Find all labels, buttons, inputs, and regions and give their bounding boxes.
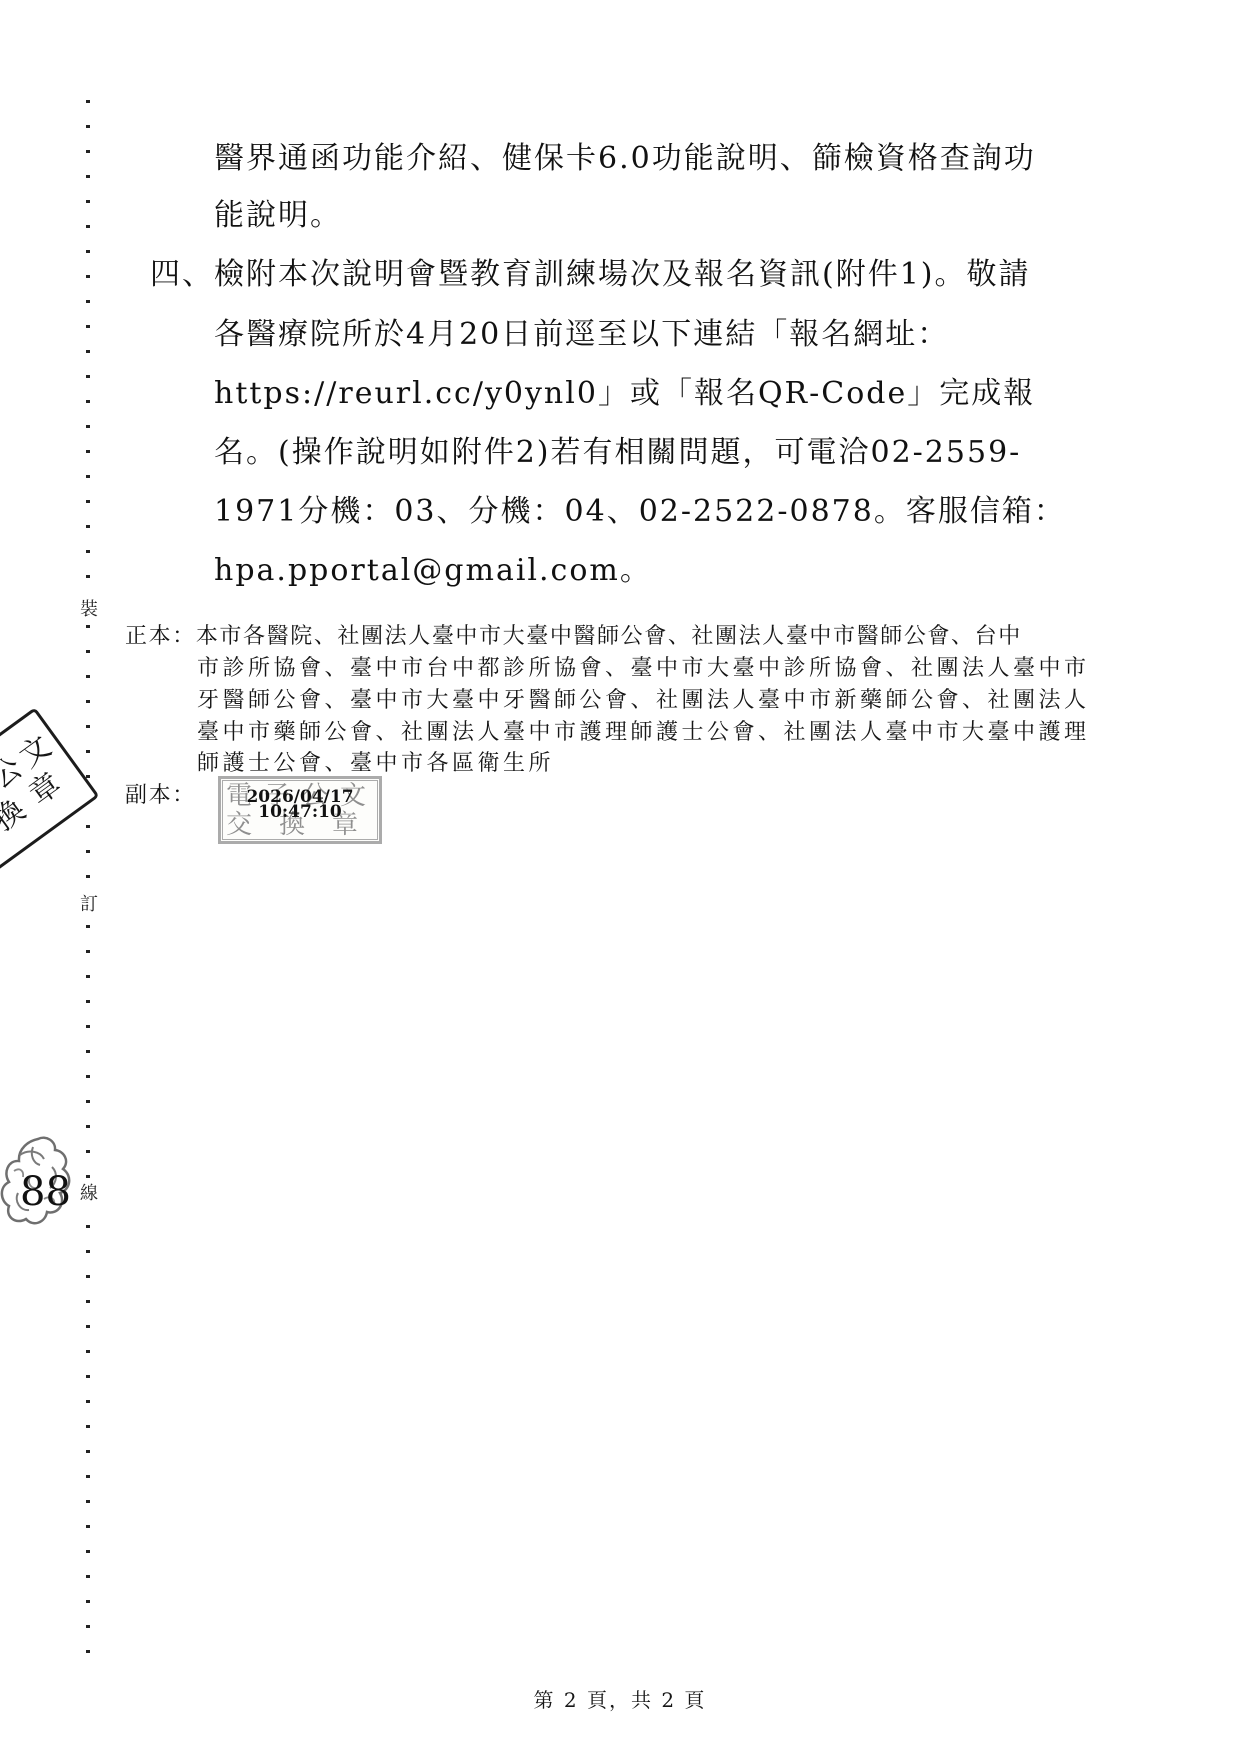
page-number-footer: 第 2 頁，共 2 頁 <box>0 1684 1240 1713</box>
primary-recipients-line-4: 臺中市藥師公會、社團法人臺中市護理師護士公會、社團法人臺中市大臺中護理 <box>197 719 1090 747</box>
primary-recipients-line-1: 正本：本市各醫院、社團法人臺中市大臺中醫師公會、社團法人臺中市醫師公會、台中 <box>125 623 1022 651</box>
primary-recipients-line-2: 市診所協會、臺中市台中都診所協會、臺中市大臺中診所協會、社團法人臺中市 <box>197 655 1090 683</box>
margin-mark-zhuang: 裝 <box>78 600 100 620</box>
body-line-8-email: hpa.pportal@gmail.com。 <box>214 553 652 589</box>
primary-recipients-label: 正本： <box>125 624 196 649</box>
corner-seal-88: 88 <box>0 1133 82 1255</box>
item-four-text: 檢附本次說明會暨教育訓練場次及報名資訊(附件1)。敬請 <box>214 257 1031 292</box>
binding-dotted-line <box>86 100 90 1670</box>
exchange-datetime-stamp: 電子公文 交換章 2026/04/17 10:47:10 <box>218 776 382 844</box>
primary-recipients-line-5: 師護士公會、臺中市各區衛生所 <box>197 750 554 778</box>
exchange-stamp-time: 10:47:10 <box>258 804 342 821</box>
body-line-3: 四、檢附本次說明會暨教育訓練場次及報名資訊(附件1)。敬請 <box>150 257 1031 293</box>
body-line-1: 醫界通函功能介紹、健保卡6.0功能說明、篩檢資格查詢功 <box>214 141 1036 177</box>
item-four-marker: 四、 <box>150 257 214 292</box>
body-line-4: 各醫療院所於4月20日前逕至以下連結「報名網址： <box>214 317 949 353</box>
copy-recipients-label: 副本： <box>125 782 196 810</box>
body-line-2: 能說明。 <box>214 198 342 234</box>
primary-recipients-line-3: 牙醫師公會、臺中市大臺中牙醫師公會、社團法人臺中市新藥師公會、社團法人 <box>197 687 1090 715</box>
primary-recipients-text: 本市各醫院、社團法人臺中市大臺中醫師公會、社團法人臺中市醫師公會、台中 <box>196 624 1022 649</box>
document-page: 裝 訂 線 電子公文 交換章 88 醫界通函功能介紹、健保卡6.0功能說明、篩檢… <box>0 0 1240 1754</box>
side-exchange-stamp: 電子公文 交換章 <box>0 707 100 887</box>
seal-number: 88 <box>20 1169 71 1215</box>
body-line-7: 1971分機：03、分機：04、02-2522-0878。客服信箱： <box>214 494 1066 530</box>
exchange-stamp-inner-border: 電子公文 交換章 2026/04/17 10:47:10 <box>222 780 378 840</box>
body-line-6: 名。(操作說明如附件2)若有相關問題，可電洽02-2559- <box>214 435 1021 471</box>
body-line-5-signup-url: https://reurl.cc/y0ynl0」或「報名QR-Code」完成報 <box>214 376 1035 412</box>
margin-mark-ding: 訂 <box>78 895 100 915</box>
